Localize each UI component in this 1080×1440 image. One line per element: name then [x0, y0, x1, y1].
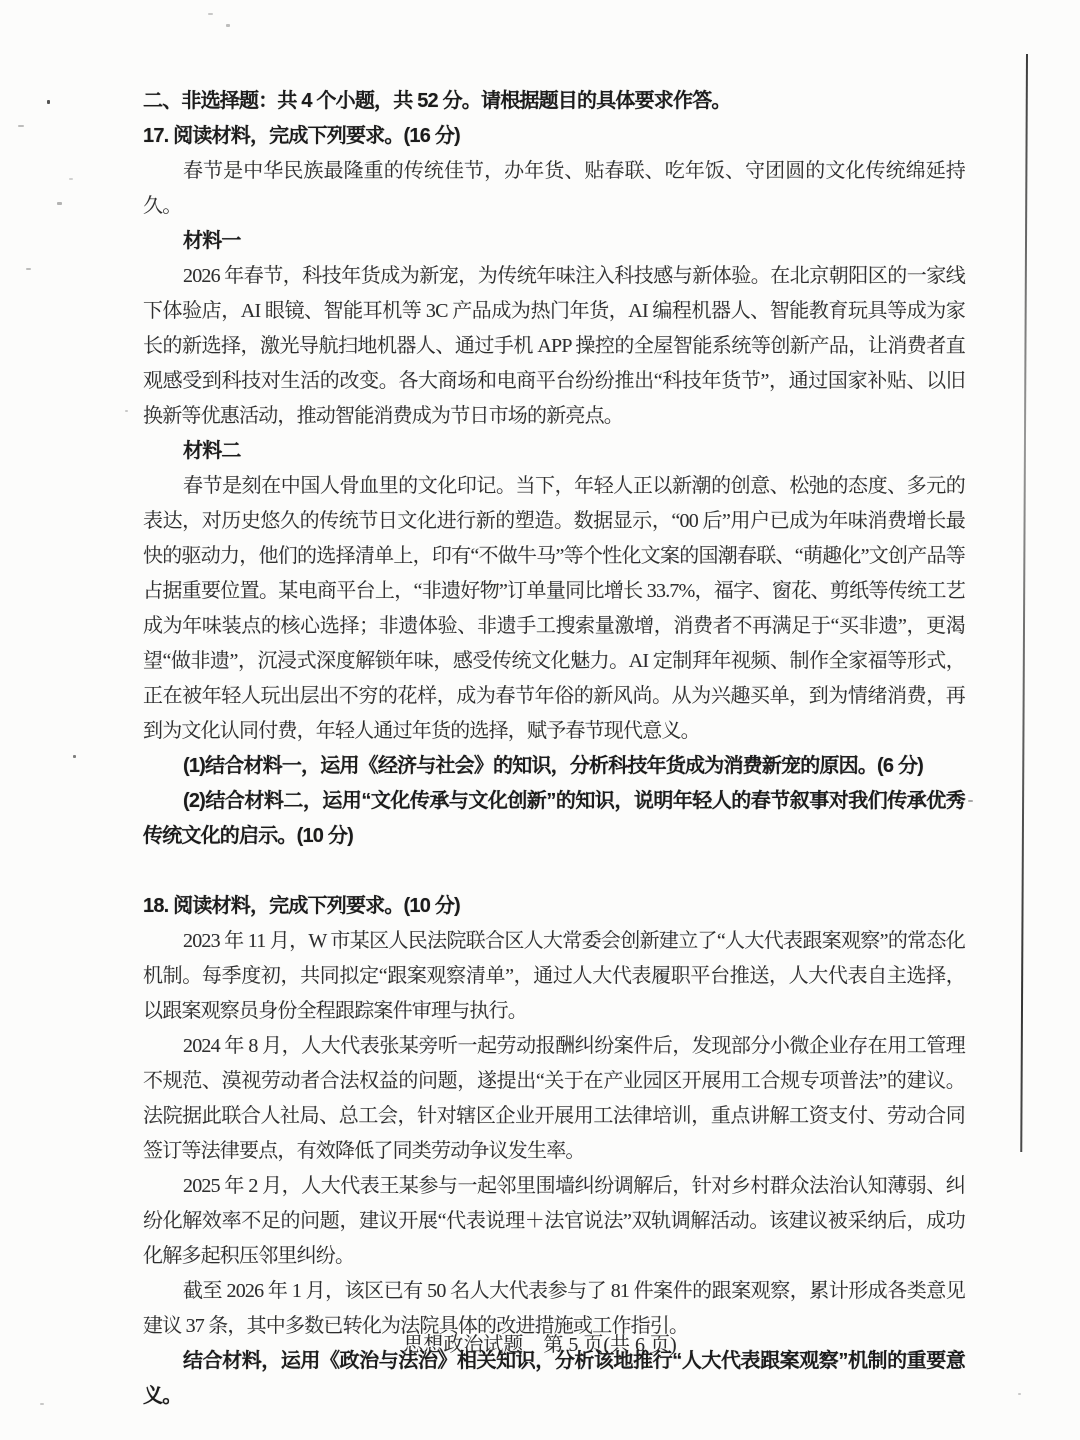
- question-17-sub-1: (1)结合材料一，运用《经济与社会》的知识，分析科技年货成为消费新宠的原因。(6…: [143, 749, 965, 784]
- question-17-sub-2: (2)结合材料二，运用“文化传承与文化创新”的知识，说明年轻人的春节叙事对我们传…: [143, 784, 965, 854]
- scan-speck: [26, 268, 31, 270]
- question-18-heading: 18. 阅读材料，完成下列要求。(10 分): [143, 889, 965, 924]
- question-18-paragraph-1: 2023 年 11 月，W 市某区人民法院联合区人大常委会创新建立了“人大代表跟…: [143, 924, 965, 1029]
- scan-speck: [289, 100, 293, 103]
- question-17-heading: 17. 阅读材料，完成下列要求。(16 分): [143, 119, 965, 154]
- question-18-paragraph-3: 2025 年 2 月，人大代表王某参与一起邻里围墙纠纷调解后，针对乡村群众法治认…: [143, 1169, 965, 1274]
- question-18-paragraph-2: 2024 年 8 月，人大代表张某旁听一起劳动报酬纠纷案件后，发现部分小微企业存…: [143, 1029, 965, 1169]
- material-2-label: 材料二: [143, 434, 965, 469]
- scan-speck: [40, 1403, 44, 1405]
- scan-speck: [1018, 1393, 1021, 1395]
- question-17: 17. 阅读材料，完成下列要求。(16 分) 春节是中华民族最隆重的传统佳节，办…: [143, 119, 965, 854]
- scan-speck: [73, 755, 76, 758]
- page-footer: 思想政治试题 第 5 页(共 6 页): [0, 1328, 1080, 1357]
- material-1-text: 2026 年春节，科技年货成为新宠，为传统年味注入科技感与新体验。在北京朝阳区的…: [143, 259, 965, 434]
- question-17-intro: 春节是中华民族最隆重的传统佳节，办年货、贴春联、吃年饭、守团圆的文化传统绵延持久…: [143, 154, 965, 224]
- scan-speck: [208, 13, 213, 15]
- material-2-text: 春节是刻在中国人骨血里的文化印记。当下，年轻人正以新潮的创意、松弛的态度、多元的…: [143, 469, 965, 749]
- scan-edge-line: [1020, 54, 1027, 1152]
- scan-speck: [968, 800, 973, 802]
- scan-speck: [226, 24, 230, 27]
- scan-speck: [125, 410, 128, 412]
- material-1-label: 材料一: [143, 224, 965, 259]
- page-content: 二、非选择题：共 4 个小题，共 52 分。请根据题目的具体要求作答。 17. …: [143, 84, 965, 1414]
- scan-speck: [47, 100, 50, 104]
- scanned-exam-page: 二、非选择题：共 4 个小题，共 52 分。请根据题目的具体要求作答。 17. …: [0, 0, 1080, 1440]
- scan-speck: [18, 125, 24, 127]
- section-header: 二、非选择题：共 4 个小题，共 52 分。请根据题目的具体要求作答。: [143, 84, 965, 119]
- scan-speck: [69, 178, 73, 180]
- scan-speck: [57, 202, 62, 205]
